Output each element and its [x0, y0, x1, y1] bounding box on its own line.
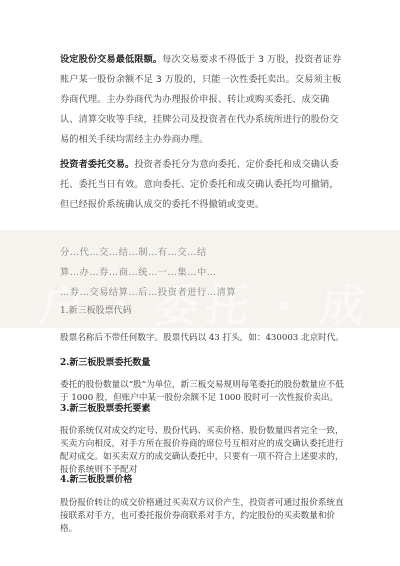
section-stock-code-body: 股票名称后不带任何数字。股票代码以 43 打头，如：430003 北京时代。: [60, 332, 345, 345]
overlay-band: 户 · 委托 · 成 分…代…交…结…制…有…交…结 算…办…券…商…统…一…集…: [0, 230, 400, 328]
section-title: 4.新三板股票价格: [60, 474, 345, 487]
obscured-line: 分…代…交…结…制…有…交…结: [60, 243, 342, 263]
paragraph-lead: 设定股份交易最低限额。: [60, 54, 162, 65]
section-body: 股票名称后不带任何数字。股票代码以 43 打头，如：430003 北京时代。: [60, 332, 345, 345]
section-price-body: 股份报价转让的成交价格通过买卖双方议价产生，投资者可通过报价系统直接联系对手方，…: [60, 497, 345, 536]
paragraph-min-trade-limit: 设定股份交易最低限额。每次交易要求不得低于 3 万股，投资者证券账户某一股份余额…: [60, 50, 342, 150]
obscured-line: 算…办…券…商…统…一…集…中…: [60, 263, 342, 283]
paragraph-lead: 投资者委托交易。: [60, 159, 134, 170]
section-order-quantity-body: 委托的股份数量以“股”为单位，新三板交易规则每笔委托的股份数量应不低于 1000…: [60, 379, 345, 405]
section-heading-stock-code: 1.新三板股票代码: [60, 303, 132, 316]
section-title: 2.新三板股票委托数量: [60, 357, 345, 370]
section-order-quantity-heading: 2.新三板股票委托数量: [60, 357, 345, 370]
paragraph-investor-order: 投资者委托交易。投资者委托分为意向委托、定价委托和成交确认委托、委托当日有效。意…: [60, 155, 342, 215]
document-page: 设定股份交易最低限额。每次交易要求不得低于 3 万股，投资者证券账户某一股份余额…: [0, 0, 400, 566]
section-title: 3.新三板股票委托要素: [60, 403, 345, 416]
section-body: 报价系统仅对成交约定号、股份代码、买卖价格、股份数量四者完全一致，买卖方向相反，…: [60, 425, 345, 477]
section-body: 委托的股份数量以“股”为单位，新三板交易规则每笔委托的股份数量应不低于 1000…: [60, 379, 345, 405]
obscured-paragraph: 分…代…交…结…制…有…交…结 算…办…券…商…统…一…集…中… …券…交易结算…: [60, 243, 342, 303]
paragraph-text: 每次交易要求不得低于 3 万股，投资者证券账户某一股份余额不足 3 万股的，只能…: [60, 54, 341, 145]
section-body: 股份报价转让的成交价格通过买卖双方议价产生，投资者可通过报价系统直接联系对手方，…: [60, 497, 345, 536]
obscured-line: …券…交易结算…后…投资者进行…清算: [60, 283, 342, 303]
section-order-elements-body: 报价系统仅对成交约定号、股份代码、买卖价格、股份数量四者完全一致，买卖方向相反，…: [60, 425, 345, 477]
section-price-heading: 4.新三板股票价格: [60, 474, 345, 487]
section-order-elements-heading: 3.新三板股票委托要素: [60, 403, 345, 416]
